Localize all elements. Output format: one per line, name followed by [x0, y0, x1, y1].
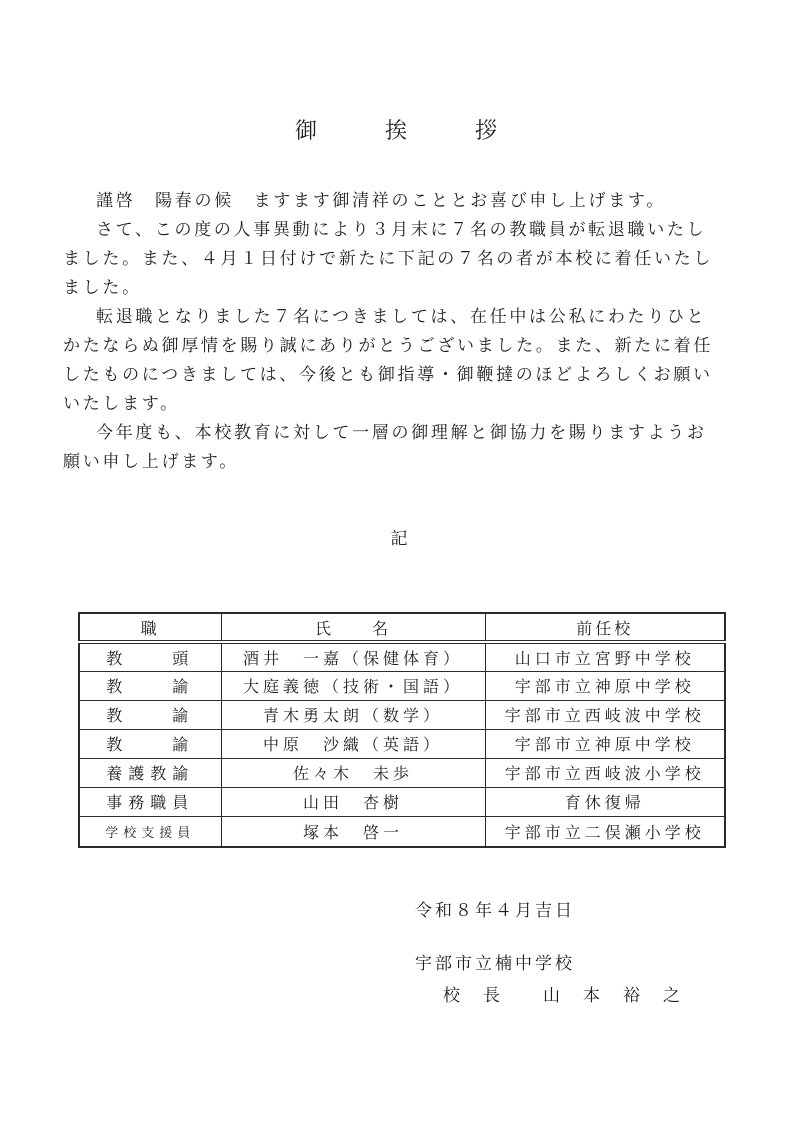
col-header-name: 氏 名: [221, 613, 485, 642]
cell-previous-school: 山口市立宮野中学校: [485, 642, 725, 671]
cell-name: 大庭義徳（技術・国語）: [221, 671, 485, 700]
school-name-line: 宇部市立楠中学校: [415, 949, 575, 974]
cell-previous-school: 宇部市立神原中学校: [485, 729, 725, 758]
cell-name: 塚本 啓一: [221, 816, 485, 847]
letter-body: 謹啓 陽春の候 ますます御清祥のこととお喜び申し上げます。 さて、この度の人事異…: [63, 186, 723, 476]
cell-previous-school: 宇部市立神原中学校: [485, 671, 725, 700]
cell-name: 青木勇太朗（数学）: [221, 700, 485, 729]
table-row: 教 諭 中原 沙織（英語） 宇部市立神原中学校: [79, 729, 725, 758]
cell-position: 教 諭: [79, 671, 221, 700]
col-header-previous-school: 前任校: [485, 613, 725, 642]
paragraph-request: 今年度も、本校教育に対して一層の御理解と御協力を賜りますようお願い申し上げます。: [63, 418, 723, 476]
table-row: 学校支援員 塚本 啓一 宇部市立二俣瀬小学校: [79, 816, 725, 847]
cell-previous-school: 宇部市立西岐波小学校: [485, 758, 725, 787]
table-header-row: 職 氏 名 前任校: [79, 613, 725, 642]
col-header-position: 職: [79, 613, 221, 642]
list-marker-ki: 記: [0, 524, 800, 549]
paragraph-greeting: 謹啓 陽春の候 ますます御清祥のこととお喜び申し上げます。: [63, 186, 723, 215]
page-title: 御 挨 拶: [0, 114, 800, 145]
table-row: 教 頭 酒井 一嘉（保健体育） 山口市立宮野中学校: [79, 642, 725, 671]
cell-previous-school: 宇部市立二俣瀬小学校: [485, 816, 725, 847]
cell-previous-school: 宇部市立西岐波中学校: [485, 700, 725, 729]
table-row: 養護教諭 佐々木 未歩 宇部市立西岐波小学校: [79, 758, 725, 787]
paragraph-thanks: 転退職となりました７名につきましては、在任中は公私にわたりひとかたならぬ御厚情を…: [63, 302, 723, 418]
cell-position: 教 諭: [79, 700, 221, 729]
table-row: 教 諭 大庭義徳（技術・国語） 宇部市立神原中学校: [79, 671, 725, 700]
staff-table: 職 氏 名 前任校 教 頭 酒井 一嘉（保健体育） 山口市立宮野中学校 教 諭 …: [78, 612, 726, 848]
cell-previous-school: 育休復帰: [485, 787, 725, 816]
table-row: 事務職員 山田 杏樹 育休復帰: [79, 787, 725, 816]
paragraph-staff-changes: さて、この度の人事異動により３月末に７名の教職員が転退職いたしました。また、４月…: [63, 215, 723, 302]
cell-name: 中原 沙織（英語）: [221, 729, 485, 758]
cell-position: 事務職員: [79, 787, 221, 816]
cell-name: 酒井 一嘉（保健体育）: [221, 642, 485, 671]
cell-position: 教 頭: [79, 642, 221, 671]
cell-name: 山田 杏樹: [221, 787, 485, 816]
cell-position: 教 諭: [79, 729, 221, 758]
table-row: 教 諭 青木勇太朗（数学） 宇部市立西岐波中学校: [79, 700, 725, 729]
document-page: 御 挨 拶 謹啓 陽春の候 ますます御清祥のこととお喜び申し上げます。 さて、こ…: [0, 0, 800, 1130]
cell-name: 佐々木 未歩: [221, 758, 485, 787]
principal-signature-line: 校 長 山 本 裕 之: [443, 981, 683, 1006]
cell-position: 養護教諭: [79, 758, 221, 787]
cell-position: 学校支援員: [79, 816, 221, 847]
date-line: 令和８年４月吉日: [415, 896, 575, 921]
